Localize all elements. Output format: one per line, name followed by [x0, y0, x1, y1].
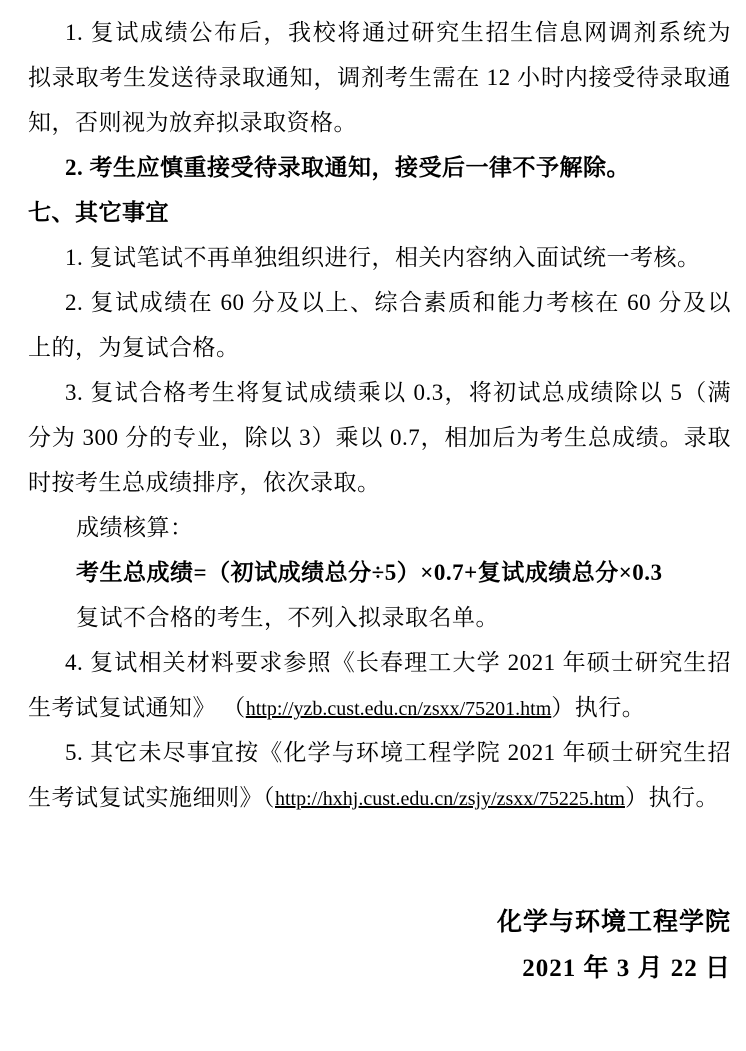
- paragraph-line: 复试不合格的考生，不列入拟录取名单。: [28, 595, 731, 640]
- paragraph-line: 上的，为复试合格。: [28, 325, 731, 370]
- paragraph-line-emphasis: 2. 考生应慎重接受待录取通知，接受后一律不予解除。: [28, 145, 731, 190]
- line-text: 生考试复试通知》 （: [28, 695, 246, 720]
- paragraph-line: 成绩核算：: [28, 505, 731, 550]
- paragraph-line: 1. 复试笔试不再单独组织进行，相关内容纳入面试统一考核。: [28, 235, 731, 280]
- score-formula: 考生总成绩=（初试成绩总分÷5）×0.7+复试成绩总分×0.3: [28, 550, 731, 595]
- paragraph-line: 拟录取考生发送待录取通知，调剂考生需在 12 小时内接受待录取通: [28, 55, 731, 100]
- document-page: 1. 复试成绩公布后，我校将通过研究生招生信息网调剂系统为 拟录取考生发送待录取…: [0, 0, 746, 1051]
- paragraph-line-with-link: 生考试复试实施细则》（http://hxhj.cust.edu.cn/zsjy/…: [28, 775, 731, 820]
- signature-college: 化学与环境工程学院: [28, 900, 731, 946]
- paragraph-line: 2. 复试成绩在 60 分及以上、综合素质和能力考核在 60 分及以: [28, 280, 731, 325]
- paragraph-line: 3. 复试合格考生将复试成绩乘以 0.3，将初试总成绩除以 5（满: [28, 370, 731, 415]
- paragraph-line: 知，否则视为放弃拟录取资格。: [28, 100, 731, 145]
- implementation-rules-link[interactable]: http://hxhj.cust.edu.cn/zsjy/zsxx/75225.…: [275, 788, 625, 810]
- retest-notice-link[interactable]: http://yzb.cust.edu.cn/zsxx/75201.htm: [246, 698, 552, 720]
- paragraph-line-with-link: 生考试复试通知》 （http://yzb.cust.edu.cn/zsxx/75…: [28, 685, 731, 730]
- section-heading: 七、其它事宜: [28, 190, 731, 235]
- line-text: ）执行。: [551, 695, 645, 720]
- document-footer: 化学与环境工程学院 2021 年 3 月 22 日: [28, 900, 731, 992]
- document-body: 1. 复试成绩公布后，我校将通过研究生招生信息网调剂系统为 拟录取考生发送待录取…: [28, 10, 731, 820]
- line-text: ）执行。: [625, 785, 719, 810]
- paragraph-line: 4. 复试相关材料要求参照《长春理工大学 2021 年硕士研究生招: [28, 640, 731, 685]
- signature-date: 2021 年 3 月 22 日: [28, 946, 731, 992]
- paragraph-line: 5. 其它未尽事宜按《化学与环境工程学院 2021 年硕士研究生招: [28, 730, 731, 775]
- paragraph-line: 1. 复试成绩公布后，我校将通过研究生招生信息网调剂系统为: [28, 10, 731, 55]
- paragraph-line: 分为 300 分的专业，除以 3）乘以 0.7，相加后为考生总成绩。录取: [28, 415, 731, 460]
- line-text: 生考试复试实施细则》（: [28, 785, 275, 810]
- paragraph-line: 时按考生总成绩排序，依次录取。: [28, 460, 731, 505]
